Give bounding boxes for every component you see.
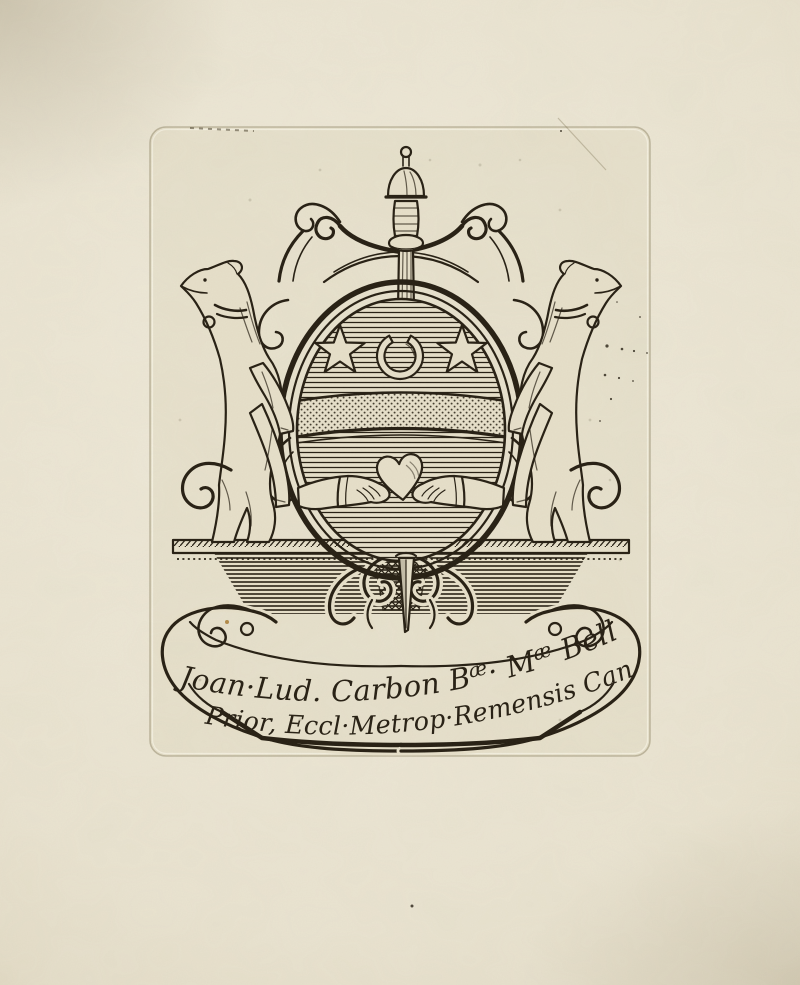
scanned-bookplate-page: Joan·Lud. Carbon Bæ· Mæ Belleuallis Prio… xyxy=(0,0,800,985)
bookplate-engraving: Joan·Lud. Carbon Bæ· Mæ Belleuallis Prio… xyxy=(0,0,800,985)
paper-grain xyxy=(0,0,800,985)
